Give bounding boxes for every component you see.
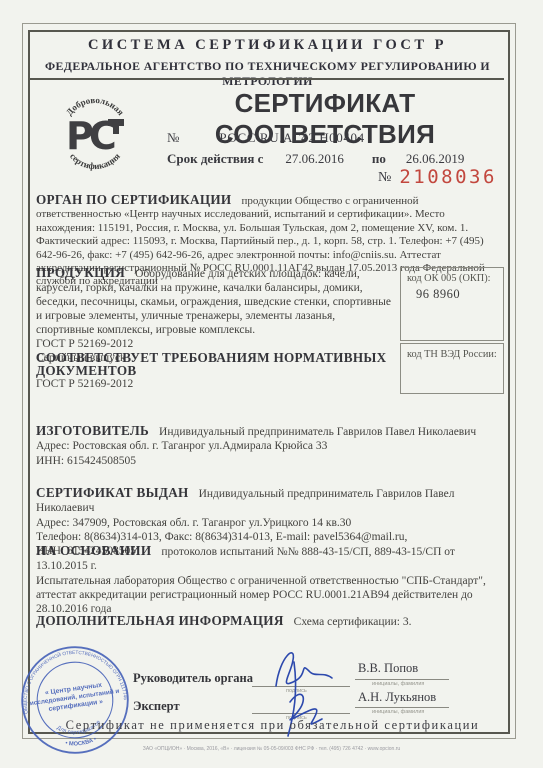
form-number-label: №	[378, 170, 391, 185]
manufacturer-inn: ИНН: 615424508505	[36, 454, 504, 468]
section-manufacturer: ИЗГОТОВИТЕЛЬИндивидуальный предпринимате…	[36, 424, 504, 468]
okp-code-label: код ОК 005 (ОКП):	[407, 273, 499, 284]
conforms-heading: СООТВЕТСТВУЕТ ТРЕБОВАНИЯМ НОРМАТИВНЫХ ДО…	[36, 351, 426, 378]
rst-voluntary-certification-logo: Добровольная сертификация РС	[55, 86, 135, 180]
head-of-body-label: Руководитель органа	[133, 671, 253, 686]
validity-to-date: 26.06.2019	[406, 151, 465, 166]
logo-mark-letters: РС	[66, 114, 115, 158]
certificate-page: СИСТЕМА СЕРТИФИКАЦИИ ГОСТ Р ФЕДЕРАЛЬНОЕ …	[0, 0, 543, 768]
printer-imprint: ЗАО «ОПЦИОН» · Москва, 2016, «В» · лицен…	[60, 746, 483, 752]
agency-title: ФЕДЕРАЛЬНОЕ АГЕНТСТВО ПО ТЕХНИЧЕСКОМУ РЕ…	[30, 59, 505, 89]
product-heading: ПРОДУКЦИЯ	[36, 265, 125, 280]
additional-info-text: Схема сертификации: 3.	[294, 616, 412, 628]
okp-code-box: код ОК 005 (ОКП): 96 8960	[400, 267, 504, 341]
okp-code-value: 96 8960	[416, 287, 499, 302]
section-additional-info: ДОПОЛНИТЕЛЬНАЯ ИНФОРМАЦИЯСхема сертифика…	[36, 614, 504, 629]
registration-number-label: №	[167, 130, 179, 145]
section-conforms: СООТВЕТСТВУЕТ ТРЕБОВАНИЯМ НОРМАТИВНЫХ ДО…	[36, 351, 426, 391]
validity-label: Срок действия с	[167, 151, 263, 166]
footer-disclaimer: Сертификат не применяется при обязательн…	[55, 718, 490, 733]
issued-to-heading: СЕРТИФИКАТ ВЫДАН	[36, 485, 189, 500]
expert-label: Эксперт	[133, 699, 180, 714]
expert-name-caption: инициалы, фамилия	[372, 709, 424, 715]
form-number-row: №2108036	[378, 166, 497, 188]
basis-laboratory: Испытательная лаборатория Общество с огр…	[36, 574, 506, 617]
issued-to-address: Адрес: 347909, Ростовская обл. г. Таганр…	[36, 516, 504, 530]
registration-number-row: №РОСС RU.АГ42.Н00404	[167, 130, 365, 146]
head-signature-ink	[276, 653, 332, 686]
manufacturer-address: Адрес: Ростовская обл. г. Таганрог ул.Ад…	[36, 439, 504, 453]
registration-number-value: РОСС RU.АГ42.Н00404	[219, 130, 364, 145]
certification-body-heading: ОРГАН ПО СЕРТИФИКАЦИИ	[36, 192, 232, 207]
section-basis: НА ОСНОВАНИИпротоколов испытаний №№ 888-…	[36, 544, 506, 616]
header-divider	[30, 78, 504, 80]
validity-row: Срок действия с27.06.2016по26.06.2019	[167, 151, 464, 167]
validity-from-date: 27.06.2016	[285, 151, 344, 166]
validity-to-label: по	[372, 151, 386, 166]
head-name-caption: инициалы, фамилия	[372, 681, 424, 687]
conforms-standard: ГОСТ Р 52169-2012	[36, 378, 426, 391]
product-gost: ГОСТ Р 52169-2012	[36, 337, 396, 351]
certification-system-title: СИСТЕМА СЕРТИФИКАЦИИ ГОСТ Р	[30, 37, 505, 54]
manufacturer-heading: ИЗГОТОВИТЕЛЬ	[36, 423, 149, 438]
additional-info-heading: ДОПОЛНИТЕЛЬНАЯ ИНФОРМАЦИЯ	[36, 613, 284, 628]
manufacturer-name: Индивидуальный предприниматель Гаврилов …	[159, 426, 476, 438]
basis-heading: НА ОСНОВАНИИ	[36, 543, 151, 558]
form-number-value: 2108036	[399, 166, 497, 188]
